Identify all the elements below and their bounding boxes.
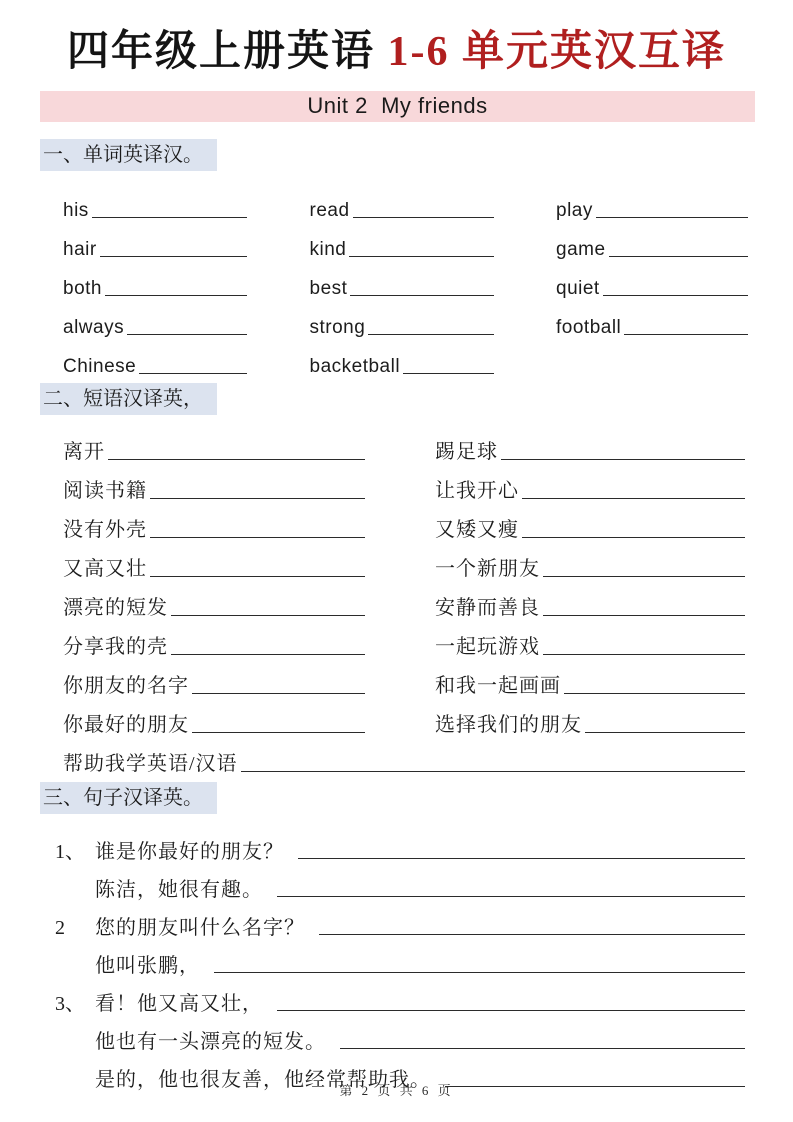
phrase-label: 一个新朋友	[435, 557, 540, 581]
phrase-blank-line	[564, 693, 745, 694]
phrase-cell: 和我一起画画	[435, 659, 745, 698]
phrase-blank-line	[543, 654, 745, 655]
word-label: backetball	[310, 356, 401, 378]
phrase-cell: 离开	[63, 425, 365, 464]
word-cell: football	[556, 300, 748, 339]
word-blank-line	[350, 295, 493, 296]
phrase-label: 又矮又瘦	[435, 518, 519, 542]
phrase-blank-line	[192, 693, 365, 694]
word-cell-empty	[556, 339, 748, 378]
word-label: hair	[63, 239, 97, 261]
phrases-grid: 离开 踢足球 阅读书籍 让我开心 没有外壳 又矮又瘦 又高又壮 一个新朋友 漂亮…	[63, 425, 745, 776]
phrase-cell: 让我开心	[435, 464, 745, 503]
word-label: both	[63, 278, 102, 300]
phrase-cell: 你朋友的名字	[63, 659, 365, 698]
word-blank-line	[603, 295, 748, 296]
phrase-blank-line	[192, 732, 365, 733]
word-cell: his	[63, 183, 247, 222]
sentence-number: 3、	[55, 992, 95, 1016]
word-label: football	[556, 317, 621, 339]
word-blank-line	[349, 256, 493, 257]
phrase-blank-line	[522, 537, 745, 538]
word-cell: quiet	[556, 261, 748, 300]
sentence-text: 他叫张鹏，	[95, 954, 200, 978]
sentences-list: 1、谁是你最好的朋友？ 陈洁，她很有趣。 2您的朋友叫什么名字？ 他叫张鹏， 3…	[55, 826, 745, 1092]
word-blank-line	[624, 334, 748, 335]
phrase-label: 你最好的朋友	[63, 713, 189, 737]
word-cell: kind	[310, 222, 494, 261]
phrase-blank-line	[543, 576, 745, 577]
unit-banner-text: Unit 2 My friends	[307, 93, 487, 119]
word-blank-line	[353, 217, 494, 218]
sentence-text: 陈洁，她很有趣。	[95, 878, 263, 902]
word-label: his	[63, 200, 89, 222]
word-label: kind	[310, 239, 347, 261]
phrase-cell: 漂亮的短发	[63, 581, 365, 620]
phrase-blank-line	[150, 537, 365, 538]
sentence-row: 他叫张鹏，	[55, 940, 745, 978]
phrase-cell: 安静而善良	[435, 581, 745, 620]
section-words-heading: 一、单词英译汉。	[40, 139, 217, 171]
word-cell: Chinese	[63, 339, 247, 378]
word-label: read	[310, 200, 350, 222]
sentence-blank-line	[277, 896, 745, 897]
word-cell: strong	[310, 300, 494, 339]
word-cell: always	[63, 300, 247, 339]
word-blank-line	[100, 256, 247, 257]
phrase-blank-line	[543, 615, 745, 616]
sentence-number: 2	[55, 916, 95, 940]
phrase-label: 又高又壮	[63, 557, 147, 581]
worksheet-page: 四年级上册英语 1-6 单元英汉互译 Unit 2 My friends 一、单…	[0, 0, 793, 1122]
phrase-cell: 踢足球	[435, 425, 745, 464]
word-label: always	[63, 317, 124, 339]
word-cell: hair	[63, 222, 247, 261]
word-blank-line	[127, 334, 247, 335]
word-cell: best	[310, 261, 494, 300]
word-cell: game	[556, 222, 748, 261]
phrase-full-cell: 帮助我学英语/汉语	[63, 737, 745, 776]
words-grid: his read play hair kind game both best q…	[63, 183, 748, 378]
phrase-label: 帮助我学英语/汉语	[63, 752, 238, 776]
sentence-text: 他也有一头漂亮的短发。	[95, 1030, 326, 1054]
sentence-blank-line	[214, 972, 745, 973]
word-blank-line	[609, 256, 748, 257]
phrase-label: 分享我的壳	[63, 635, 168, 659]
phrase-blank-line	[171, 654, 365, 655]
section-sentences-heading: 三、句子汉译英。	[40, 782, 217, 814]
phrase-label: 漂亮的短发	[63, 596, 168, 620]
word-blank-line	[403, 373, 493, 374]
sentence-text: 谁是你最好的朋友？	[95, 840, 284, 864]
sentence-row: 他也有一头漂亮的短发。	[55, 1016, 745, 1054]
phrase-cell: 一起玩游戏	[435, 620, 745, 659]
sentence-row: 2您的朋友叫什么名字？	[55, 902, 745, 940]
phrase-cell: 选择我们的朋友	[435, 698, 745, 737]
sentence-row: 3、看！他又高又壮，	[55, 978, 745, 1016]
word-label: Chinese	[63, 356, 136, 378]
page-number-text: 第 2 页 共 6 页	[339, 1083, 453, 1098]
sentence-blank-line	[298, 858, 745, 859]
word-cell: backetball	[310, 339, 494, 378]
word-cell: read	[310, 183, 494, 222]
phrase-label: 没有外壳	[63, 518, 147, 542]
sentence-row: 陈洁，她很有趣。	[55, 864, 745, 902]
title-spacer	[375, 29, 388, 75]
sentence-text: 您的朋友叫什么名字？	[95, 916, 305, 940]
phrase-label: 让我开心	[435, 479, 519, 503]
sentence-blank-line	[277, 1010, 745, 1011]
phrase-cell: 又矮又瘦	[435, 503, 745, 542]
word-label: strong	[310, 317, 366, 339]
page-footer: 第 2 页 共 6 页	[0, 1080, 793, 1100]
title-text-black: 四年级上册英语	[67, 29, 375, 75]
phrase-blank-line	[108, 459, 365, 460]
phrase-label: 一起玩游戏	[435, 635, 540, 659]
sentence-text: 看！他又高又壮，	[95, 992, 263, 1016]
phrase-blank-line	[150, 576, 365, 577]
word-cell: both	[63, 261, 247, 300]
phrase-blank-line	[171, 615, 365, 616]
title-text-red: 1-6 单元英汉互译	[388, 29, 727, 75]
phrase-label: 安静而善良	[435, 596, 540, 620]
word-blank-line	[368, 334, 493, 335]
sentence-blank-line	[340, 1048, 745, 1049]
phrase-label: 和我一起画画	[435, 674, 561, 698]
word-label: play	[556, 200, 593, 222]
phrase-label: 你朋友的名字	[63, 674, 189, 698]
phrase-label: 阅读书籍	[63, 479, 147, 503]
phrase-cell: 没有外壳	[63, 503, 365, 542]
word-cell: play	[556, 183, 748, 222]
phrase-cell: 分享我的壳	[63, 620, 365, 659]
phrase-label: 踢足球	[435, 440, 498, 464]
phrase-blank-line	[150, 498, 365, 499]
phrase-cell: 一个新朋友	[435, 542, 745, 581]
sentence-blank-line	[319, 934, 745, 935]
word-blank-line	[596, 217, 748, 218]
phrase-cell: 阅读书籍	[63, 464, 365, 503]
phrase-blank-line	[501, 459, 745, 460]
phrase-cell: 你最好的朋友	[63, 698, 365, 737]
page-title: 四年级上册英语 1-6 单元英汉互译	[0, 0, 793, 79]
phrase-blank-line	[522, 498, 745, 499]
word-label: game	[556, 239, 606, 261]
word-blank-line	[139, 373, 247, 374]
word-label: quiet	[556, 278, 600, 300]
phrase-blank-line	[585, 732, 745, 733]
section-phrases-heading: 二、短语汉译英，	[40, 383, 217, 415]
word-label: best	[310, 278, 348, 300]
unit-banner: Unit 2 My friends	[40, 91, 755, 122]
sentence-number: 1、	[55, 840, 95, 864]
phrase-label: 离开	[63, 440, 105, 464]
word-blank-line	[105, 295, 247, 296]
phrase-cell: 又高又壮	[63, 542, 365, 581]
word-blank-line	[92, 217, 247, 218]
phrase-blank-line	[241, 771, 745, 772]
sentence-row: 1、谁是你最好的朋友？	[55, 826, 745, 864]
phrase-label: 选择我们的朋友	[435, 713, 582, 737]
